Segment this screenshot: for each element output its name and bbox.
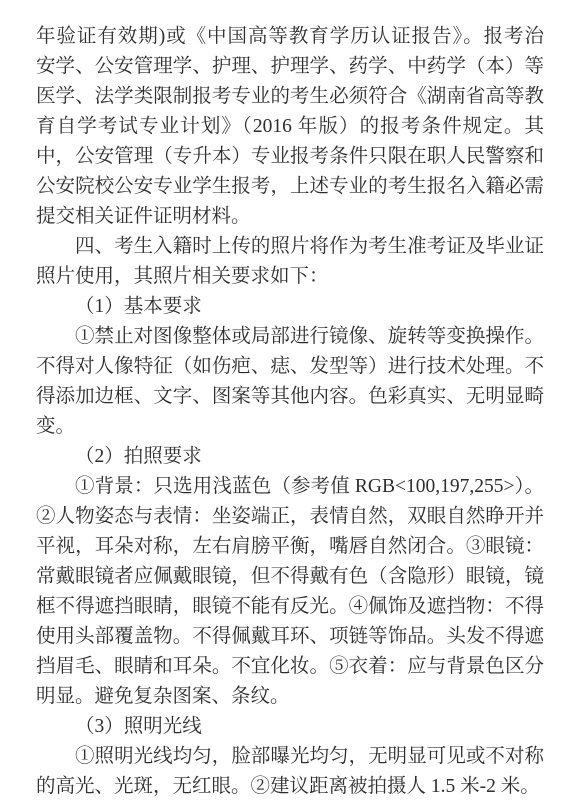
paragraph: ①背景：只选用浅蓝色（参考值 RGB<100,197,255>）。②人物姿态与表…	[36, 472, 544, 712]
document-page: 年验证有效期)或《中国高等教育学历认证报告》。报考治安学、公安管理学、护理、护理…	[0, 0, 561, 812]
text-line: 年验证有效期)或《中国高等教育学历认证报告》。报考治	[36, 22, 544, 52]
paragraph: 年验证有效期)或《中国高等教育学历认证报告》。报考治安学、公安管理学、护理、护理…	[36, 22, 544, 232]
text-line: 中，公安管理（专升本）专业报考条件只限在职人民警察和	[36, 142, 544, 172]
paragraph: ①照明光线均匀，脸部曝光均匀，无明显可见或不对称的高光、光斑，无红眼。②建议距离…	[36, 742, 544, 802]
text-line: ①照明光线均匀，脸部曝光均匀，无明显可见或不对称	[36, 742, 544, 772]
document-body: 年验证有效期)或《中国高等教育学历认证报告》。报考治安学、公安管理学、护理、护理…	[36, 22, 544, 802]
text-line: 框不得遮挡眼睛，眼镜不能有反光。④佩饰及遮挡物：不得	[36, 592, 544, 622]
text-line: （2）拍照要求	[36, 442, 544, 472]
text-line: ①禁止对图像整体或局部进行镜像、旋转等变换操作。	[36, 322, 544, 352]
text-line: 育自学考试专业计划》（2016 年版）的报考条件规定。其	[36, 112, 544, 142]
text-line: 使用头部覆盖物。不得佩戴耳环、项链等饰品。头发不得遮	[36, 622, 544, 652]
text-line: 平视，耳朵对称，左右肩膀平衡，嘴唇自然闭合。③眼镜：	[36, 532, 544, 562]
paragraph: （2）拍照要求	[36, 442, 544, 472]
text-line: 提交相关证件证明材料。	[36, 202, 544, 232]
paragraph: （1）基本要求	[36, 292, 544, 322]
text-line: ①背景：只选用浅蓝色（参考值 RGB<100,197,255>）。	[36, 472, 544, 502]
text-line: 四、考生入籍时上传的照片将作为考生准考证及毕业证	[36, 232, 544, 262]
text-line: 安学、公安管理学、护理、护理学、药学、中药学（本）等	[36, 52, 544, 82]
paragraph: 四、考生入籍时上传的照片将作为考生准考证及毕业证照片使用，其照片相关要求如下：	[36, 232, 544, 292]
text-line: ②人物姿态与表情：坐姿端正，表情自然，双眼自然睁开并	[36, 502, 544, 532]
text-line: 得添加边框、文字、图案等其他内容。色彩真实、无明显畸	[36, 382, 544, 412]
text-line: 明显。避免复杂图案、条纹。	[36, 682, 544, 712]
text-line: 挡眉毛、眼睛和耳朵。不宜化妆。⑤衣着：应与背景色区分	[36, 652, 544, 682]
text-line: （3）照明光线	[36, 712, 544, 742]
paragraph: （3）照明光线	[36, 712, 544, 742]
text-line: 不得对人像特征（如伤疤、痣、发型等）进行技术处理。不	[36, 352, 544, 382]
text-line: 的高光、光斑，无红眼。②建议距离被拍摄人 1.5 米-2 米。	[36, 772, 544, 802]
text-line: 变。	[36, 412, 544, 442]
text-line: 医学、法学类限制报考专业的考生必须符合《湖南省高等教	[36, 82, 544, 112]
text-line: （1）基本要求	[36, 292, 544, 322]
text-line: 常戴眼镜者应佩戴眼镜，但不得戴有色（含隐形）眼镜，镜	[36, 562, 544, 592]
text-line: 照片使用，其照片相关要求如下：	[36, 262, 544, 292]
paragraph: ①禁止对图像整体或局部进行镜像、旋转等变换操作。不得对人像特征（如伤疤、痣、发型…	[36, 322, 544, 442]
text-line: 公安院校公安专业学生报考，上述专业的考生报名入籍必需	[36, 172, 544, 202]
